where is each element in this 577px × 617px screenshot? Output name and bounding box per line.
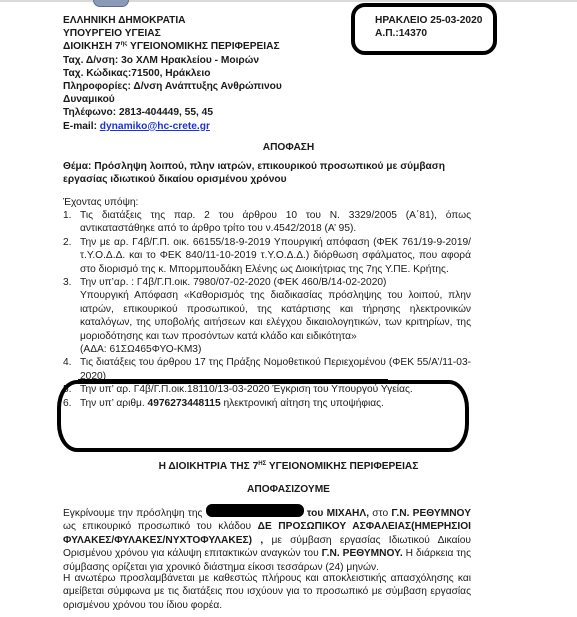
hospital-name: Γ.Ν. ΡΕΘΥΜΝΟΥ. [322,548,403,559]
letterhead-info-1: Πληροφορίες: Δ/νση Ανάπτυξης Ανθρώπινου [63,80,282,93]
hospital-name: Γ.Ν. ΡΕΘΥΜΝΟΥ [391,508,471,519]
item-detail: Υπουργική Απόφαση «Καθορισμός της διαδικ… [80,289,471,343]
letterhead-postal-code: Ταχ. Κώδικας:71500, Ηράκλειο [63,67,282,80]
items-highlight-ellipse [57,380,469,452]
authority-heading: Η ΔΙΟΙΚΗΤΡΙΑ ΤΗΣ 7ΗΣ ΥΓΕΙΟΝΟΜΙΚΗΣ ΠΕΡΙΦΕ… [0,460,577,473]
item-number: 1. [63,209,72,222]
decision-text: Εγκρίνουμε την πρόσληψη της [63,508,206,519]
directorate-prefix: ΔΙΟΙΚΗΣΗ 7 [63,41,121,52]
decide-heading: ΑΠΟΦΑΣΙΖΟΥΜΕ [0,483,577,496]
authority-sup: ΗΣ [258,461,266,467]
letterhead-directorate: ΔΙΟΙΚΗΣΗ 7ης ΥΓΕΙΟΝΟΜΙΚΗΣ ΠΕΡΙΦΕΡΕΙΑΣ [63,40,282,53]
authority-suffix: ΥΓΕΙΟΝΟΜΙΚΗΣ ΠΕΡΙΦΕΡΕΙΑΣ [266,461,418,472]
place-date: ΗΡΑΚΛΕΙΟ 25-03-2020 [375,14,482,27]
item-number: 3. [63,276,72,289]
item-text: Την με αρ. Γ4β/Γ.Π. οικ. 66155/18-9-2019… [80,237,471,275]
consideration-item: 2.Την με αρ. Γ4β/Γ.Π. οικ. 66155/18-9-20… [63,236,471,276]
considerations-intro: Έχοντας υπόψη: [63,196,138,209]
page-top-edge [0,0,577,2]
letterhead-ministry: ΥΠΟΥΡΓΕΙΟ ΥΓΕΙΑΣ [63,27,282,40]
letterhead-email: E-mail: dynamiko@hc-crete.gr [63,120,282,133]
email-link[interactable]: dynamiko@hc-crete.gr [100,121,210,132]
item-number: 4. [63,356,72,369]
letterhead: ΕΛΛΗΝΙΚΗ ΔΗΜΟΚΡΑΤΙΑ ΥΠΟΥΡΓΕΙΟ ΥΓΕΙΑΣ ΔΙΟ… [63,14,282,133]
redacted-name [206,504,304,517]
item-text: Την υπ’αρ. : Γ4β/Γ.Π.οικ. 7980/07-02-202… [80,276,471,289]
letterhead-phone: Τηλέφωνο: 2813-404449, 55, 45 [63,106,282,119]
consideration-item: 3.Την υπ’αρ. : Γ4β/Γ.Π.οικ. 7980/07-02-2… [63,276,471,356]
letterhead-country: ΕΛΛΗΝΙΚΗ ΔΗΜΟΚΡΑΤΙΑ [63,14,282,27]
subject: Θέμα: Πρόσληψη λοιπού, πλην ιατρών, επικ… [63,160,471,187]
reference-block: ΗΡΑΚΛΕΙΟ 25-03-2020 Α.Π.:14370 [375,14,482,40]
protocol-number: Α.Π.:14370 [375,27,482,40]
decision-text: στο [369,508,391,519]
letterhead-info-2: Δυναμικού [63,93,282,106]
item-ada: (ΑΔΑ: 61ΣΩ465ΦΥΟ-ΚΜ3) [80,343,471,356]
directorate-suffix: ΥΓΕΙΟΝΟΜΙΚΗΣ ΠΕΡΙΦΕΡΕΙΑΣ [127,41,279,52]
decision-bold: του ΜΙΧΑΗΛ, [307,508,369,519]
letterhead-address: Ταχ. Δ/νση: 3ο ΧΛΜ Ηρακλείου - Μοιρών [63,54,282,67]
decision-text: ως επικουρικό προσωπικό του κλάδου [63,521,258,532]
authority-prefix: Η ΔΙΟΙΚΗΤΡΙΑ ΤΗΣ 7 [159,461,259,472]
employment-terms-paragraph: Η ανωτέρω προσλαμβάνεται με καθεστώς πλή… [63,572,471,612]
decision-paragraph: Εγκρίνουμε την πρόσληψη της του ΜΙΧΑΗΛ, … [63,504,471,574]
item-text: Τις διατάξεις της παρ. 2 του άρθρου 10 τ… [80,210,471,234]
consideration-item: 1.Τις διατάξεις της παρ. 2 του άρθρου 10… [63,209,471,236]
item-number: 2. [63,236,72,249]
email-label: E-mail: [63,121,100,132]
document-title: ΑΠΟΦΑΣΗ [0,141,577,154]
highlight-top-stroke [78,379,388,382]
greek-emblem-icon [93,0,129,7]
